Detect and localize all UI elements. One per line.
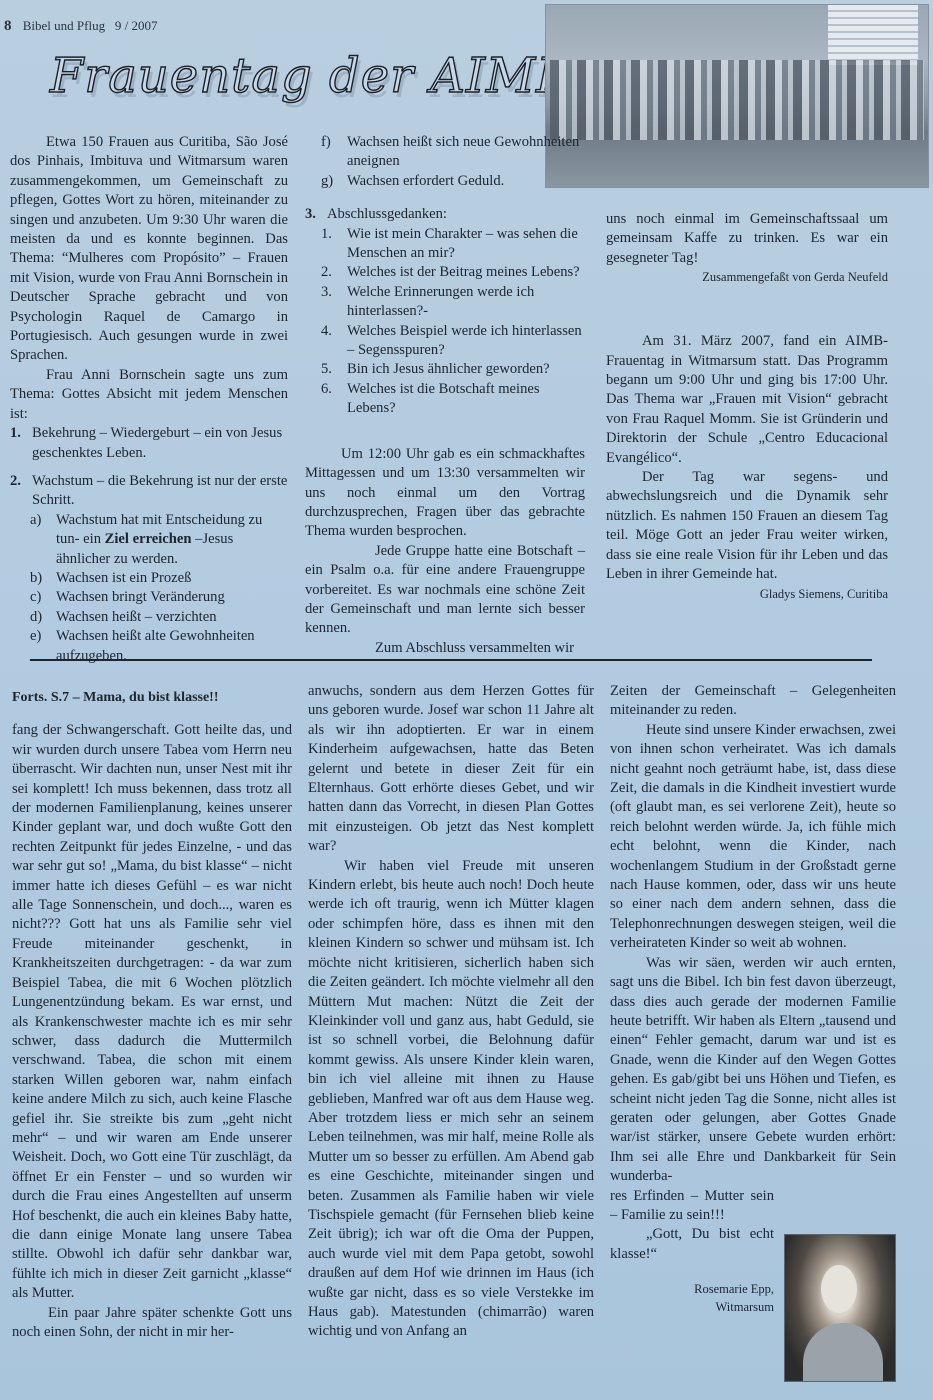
- intro2-paragraph: Frau Anni Bornschein sagte uns zum Thema…: [10, 366, 288, 424]
- closing-heading: 3.Abschlussgedanken:: [305, 205, 585, 224]
- lunch-paragraph: Um 12:00 Uhr gab es ein schmackhaftes Mi…: [305, 445, 585, 542]
- list-item: 1. Bekehrung – Wiedergeburt – ein von Je…: [10, 424, 288, 463]
- article3-heading: Forts. S.7 – Mama, du bist klasse!!: [12, 688, 292, 707]
- photo-window: [828, 5, 918, 65]
- list-item: a) Wachstum hat mit Entscheidung zu tun-…: [30, 511, 288, 569]
- intro-paragraph: Etwa 150 Frauen aus Curitiba, São José d…: [10, 133, 288, 366]
- list-item: f)Wachsen heißt sich neue Gewohnheiten a…: [321, 133, 585, 172]
- growth-sublist: a) Wachstum hat mit Entscheidung zu tun-…: [10, 511, 288, 666]
- author-place: Witmarsum: [610, 1298, 774, 1316]
- article3-paragraph: Was wir säen, werden wir auch ernten, sa…: [610, 954, 896, 1187]
- article3-column-1: Forts. S.7 – Mama, du bist klasse!! fang…: [12, 688, 292, 1342]
- closing-quote: „Gott, Du bist echt klasse!“: [610, 1225, 774, 1264]
- list-item: g)Wachsen erfordert Geduld.: [321, 172, 585, 191]
- list-item: b)Wachsen ist ein Prozeß: [30, 569, 288, 588]
- author-portrait-photo: [784, 1234, 896, 1382]
- article3-paragraph: anwuchs, sondern aus dem Herzen Gottes f…: [308, 682, 594, 857]
- article1-column-3: uns noch einmal im Gemeinschaftssaal um …: [606, 210, 888, 603]
- list-item: 1.Wie ist mein Charakter – was sehen die…: [321, 225, 585, 264]
- main-points-list: 1. Bekehrung – Wiedergeburt – ein von Je…: [10, 424, 288, 511]
- article1-signature: Zusammengefaßt von Gerda Neufeld: [606, 268, 888, 286]
- group-photo: [545, 4, 929, 188]
- article3-paragraph: Wir haben viel Freude mit unseren Kinder…: [308, 857, 594, 1342]
- article3-paragraph: Heute sind unsere Kinder erwachsen, zwei…: [610, 721, 896, 954]
- list-item: 2.Welches ist der Beitrag meines Lebens?: [321, 263, 585, 282]
- closing-paragraph-end: uns noch einmal im Gemeinschaftssaal um …: [606, 210, 888, 268]
- article3-paragraph: fang der Schwangerschaft. Gott heilte da…: [12, 721, 292, 1303]
- page-number: 8: [4, 18, 12, 34]
- article2-signature: Gladys Siemens, Curitiba: [606, 585, 888, 603]
- wrapped-text-block: res Erfinden – Mutter sein – Familie zu …: [610, 1187, 774, 1317]
- article3-column-3: Zeiten der Gemeinschaft – Gelegenheiten …: [610, 682, 896, 1316]
- list-item: 5.Bin ich Jesus ähnlicher geworden?: [321, 360, 585, 379]
- list-item: 2. Wachstum – die Bekehrung ist nur der …: [10, 472, 288, 511]
- author-name: Rosemarie Epp,: [610, 1280, 774, 1298]
- list-item: 6.Welches ist die Botschaft meines Leben…: [321, 380, 585, 419]
- article3-paragraph: res Erfinden – Mutter sein – Familie zu …: [610, 1187, 774, 1226]
- section-divider: [30, 659, 872, 661]
- article3-column-2: anwuchs, sondern aus dem Herzen Gottes f…: [308, 682, 594, 1342]
- publication-name: Bibel und Pflug: [23, 18, 105, 33]
- groups-paragraph: Jede Gruppe hatte eine Botschaft – ein P…: [305, 542, 585, 639]
- portrait-face: [821, 1265, 857, 1313]
- bold-emphasis: Ziel erreichen: [105, 531, 192, 547]
- article-title: Frauentag der AIMB: [50, 48, 572, 104]
- page-header: 8 Bibel und Pflug 9 / 2007: [4, 18, 157, 35]
- photo-people: [550, 60, 924, 140]
- article1-column-2: f)Wachsen heißt sich neue Gewohnheiten a…: [305, 133, 585, 658]
- list-item: 3.Welche Erinnerungen werde ich hinterla…: [321, 283, 585, 322]
- list-item: 4.Welches Beispiel werde ich hinterlasse…: [321, 322, 585, 361]
- article3-paragraph: Zeiten der Gemeinschaft – Gelegenheiten …: [610, 682, 896, 721]
- list-item: d)Wachsen heißt – verzichten: [30, 608, 288, 627]
- portrait-body: [803, 1323, 883, 1381]
- article2-paragraph-1: Am 31. März 2007, fand ein AIMB-Frauenta…: [606, 332, 888, 468]
- closing-paragraph-start: Zum Abschluss versammelten wir: [305, 639, 585, 658]
- article3-paragraph: Ein paar Jahre später schenkte Gott uns …: [12, 1304, 292, 1343]
- article2-paragraph-2: Der Tag war segens- und abwechslungsreic…: [606, 468, 888, 584]
- growth-sublist-continued: f)Wachsen heißt sich neue Gewohnheiten a…: [305, 133, 585, 191]
- closing-questions-list: 1.Wie ist mein Charakter – was sehen die…: [305, 225, 585, 419]
- article1-column-1: Etwa 150 Frauen aus Curitiba, São José d…: [10, 133, 288, 666]
- list-item: c)Wachsen bringt Veränderung: [30, 588, 288, 607]
- issue-number: 9 / 2007: [115, 18, 158, 33]
